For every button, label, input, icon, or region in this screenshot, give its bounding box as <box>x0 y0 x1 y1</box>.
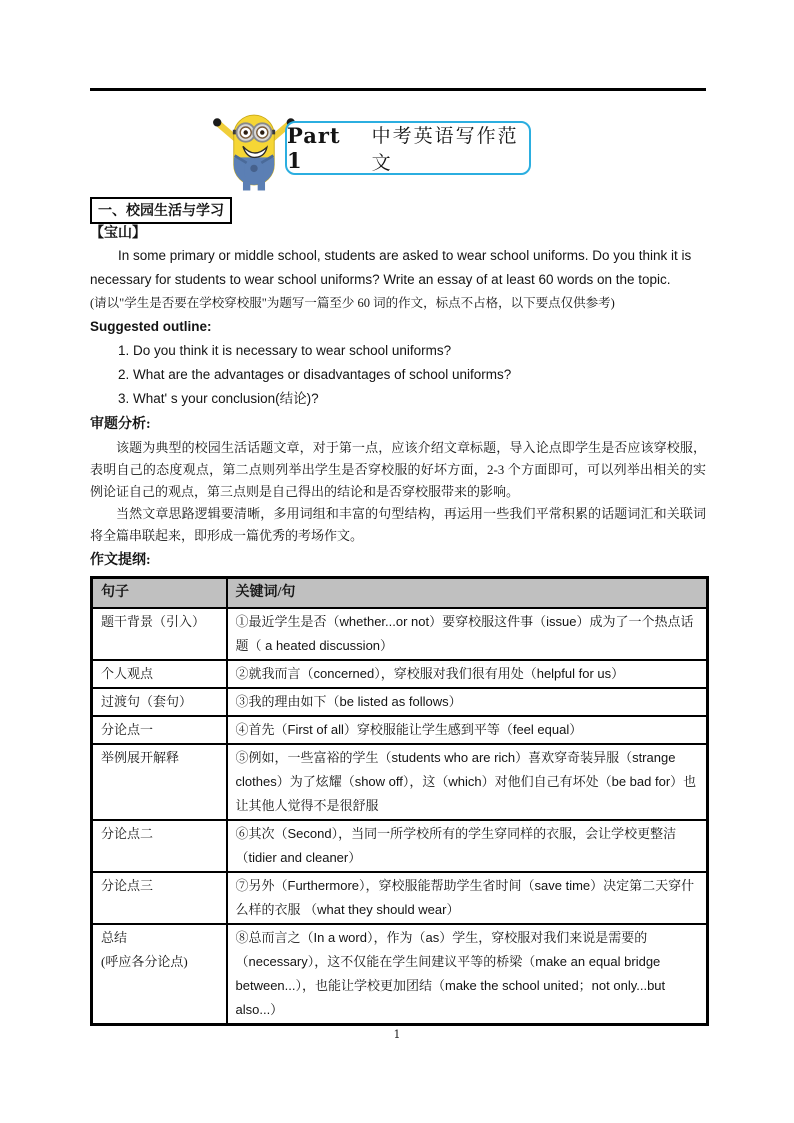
column-header-keywords: 关键词/句 <box>227 578 708 609</box>
cell-keywords: ⑦另外（Furthermore），穿校服能帮助学生省时间（save time）决… <box>227 872 708 924</box>
cell-keywords: ①最近学生是否（whether...or not）要穿校服这件事（issue）成… <box>227 608 708 660</box>
page-number: 1 <box>0 1028 794 1041</box>
outline-item-3: 3. What' s your conclusion(结论)? <box>90 387 706 411</box>
cell-sentence: 分论点一 <box>92 716 227 744</box>
part-label: Part 1 <box>287 123 360 173</box>
table-row: 举例展开解释 ⑤例如，一些富裕的学生（students who are rich… <box>92 744 708 820</box>
column-header-sentence: 句子 <box>92 578 227 609</box>
analysis-paragraph-2: 当然文章思路逻辑要清晰，多用词组和丰富的句型结构，再运用一些我们平常积累的话题词… <box>90 503 706 547</box>
table-row: 个人观点 ②就我而言（concerned），穿校服对我们很有用处（helpful… <box>92 660 708 688</box>
essay-outline-heading: 作文提纲: <box>90 549 706 573</box>
outline-item-2: 2. What are the advantages or disadvanta… <box>90 363 706 387</box>
analysis-paragraph-1: 该题为典型的校园生活话题文章，对于第一点，应该介绍文章标题，导入论点即学生是否应… <box>90 437 706 503</box>
cell-keywords: ⑧总而言之（In a word），作为（as）学生，穿校服对我们来说是需要的（n… <box>227 924 708 1025</box>
document-body: 【宝山】 In some primary or middle school, s… <box>90 223 706 1026</box>
table-header-row: 句子 关键词/句 <box>92 578 708 609</box>
table-row: 题干背景（引入） ①最近学生是否（whether...or not）要穿校服这件… <box>92 608 708 660</box>
analysis-heading: 审题分析: <box>90 413 706 437</box>
header-rule <box>90 88 706 91</box>
part-title: 中考英语写作范文 <box>372 121 529 175</box>
cell-sentence: 分论点二 <box>92 820 227 872</box>
outline-item-1: 1. Do you think it is necessary to wear … <box>90 339 706 363</box>
cell-keywords: ⑥其次（Second），当同一所学校所有的学生穿同样的衣服，会让学校更整洁（ti… <box>227 820 708 872</box>
section-heading: 一、校园生活与学习 <box>90 197 232 224</box>
cell-sentence: 分论点三 <box>92 872 227 924</box>
part-title-box: Part 1 中考英语写作范文 <box>285 121 531 175</box>
document-page: Part 1 中考英语写作范文 一、校园生活与学习 【宝山】 In some p… <box>0 0 794 1123</box>
source-label: 【宝山】 <box>90 223 706 244</box>
cell-keywords: ⑤例如，一些富裕的学生（students who are rich）喜欢穿奇装异… <box>227 744 708 820</box>
cell-sentence: 过渡句（套句） <box>92 688 227 716</box>
essay-outline-table: 句子 关键词/句 题干背景（引入） ①最近学生是否（whether...or n… <box>90 576 709 1026</box>
table-row: 分论点三 ⑦另外（Furthermore），穿校服能帮助学生省时间（save t… <box>92 872 708 924</box>
cell-sentence: 举例展开解释 <box>92 744 227 820</box>
cell-keywords: ②就我而言（concerned），穿校服对我们很有用处（helpful for … <box>227 660 708 688</box>
table-row: 过渡句（套句） ③我的理由如下（be listed as follows） <box>92 688 708 716</box>
cell-sentence: 个人观点 <box>92 660 227 688</box>
table-row: 总结 (呼应各分论点) ⑧总而言之（In a word），作为（as）学生，穿校… <box>92 924 708 1025</box>
prompt-chinese-note: (请以"学生是否要在学校穿校服"为题写一篇至少 60 词的作文，标点不占格，以下… <box>90 292 706 314</box>
cell-sentence: 总结 (呼应各分论点) <box>92 924 227 1025</box>
prompt-english-text: In some primary or middle school, studen… <box>90 244 706 292</box>
cell-sentence: 题干背景（引入） <box>92 608 227 660</box>
table-row: 分论点二 ⑥其次（Second），当同一所学校所有的学生穿同样的衣服，会让学校更… <box>92 820 708 872</box>
cell-keywords: ④首先（First of all）穿校服能让学生感到平等（feel equal） <box>227 716 708 744</box>
suggested-outline-heading: Suggested outline: <box>90 314 706 339</box>
table-row: 分论点一 ④首先（First of all）穿校服能让学生感到平等（feel e… <box>92 716 708 744</box>
cell-keywords: ③我的理由如下（be listed as follows） <box>227 688 708 716</box>
